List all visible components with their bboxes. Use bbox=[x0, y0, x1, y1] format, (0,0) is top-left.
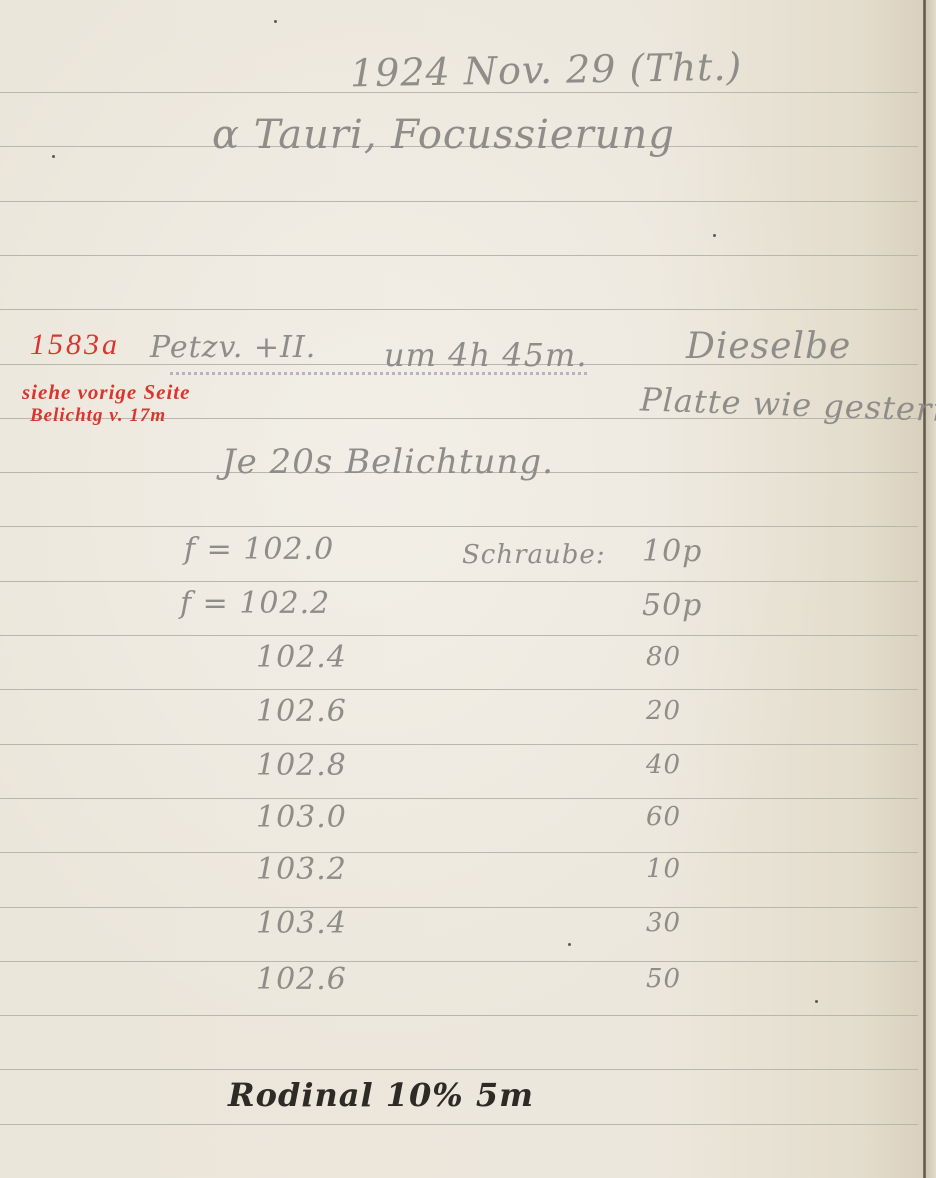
margin-note-line2: Belichtg v. 17m bbox=[30, 405, 166, 427]
ruled-line bbox=[0, 309, 918, 310]
paper-speck bbox=[713, 234, 716, 237]
margin-note-line1: siehe vorige Seite bbox=[22, 380, 190, 405]
focus-value: f = 102.2 bbox=[180, 586, 330, 621]
screw-reading: 50p bbox=[642, 588, 702, 623]
remark-line1: Dieselbe bbox=[686, 326, 851, 367]
ruled-line bbox=[0, 744, 918, 745]
subject-line: α Tauri, Focussierung bbox=[212, 112, 675, 158]
screw-reading: 20 bbox=[646, 696, 681, 726]
instrument-label: Petzv. +II. bbox=[150, 330, 316, 365]
paper-speck bbox=[568, 943, 571, 946]
focus-value: 103.0 bbox=[256, 800, 347, 835]
ruled-line bbox=[0, 255, 918, 256]
ruled-line bbox=[0, 1124, 918, 1125]
screw-reading: 40 bbox=[646, 750, 681, 780]
time-label: um 4h 45m. bbox=[384, 336, 588, 374]
ruled-line bbox=[0, 798, 918, 799]
screw-reading: 50 bbox=[646, 964, 681, 994]
focus-value: 103.4 bbox=[256, 906, 347, 941]
ruled-line bbox=[0, 526, 918, 527]
screw-reading: 80 bbox=[646, 642, 681, 672]
paper-speck bbox=[815, 1000, 818, 1003]
screw-reading: 10p bbox=[642, 534, 702, 569]
paper-speck bbox=[274, 20, 277, 23]
focus-value: f = 102.0 bbox=[184, 532, 334, 567]
focus-value: 102.4 bbox=[256, 640, 347, 675]
screw-reading: 10 bbox=[646, 854, 681, 884]
ruled-line bbox=[0, 1069, 918, 1070]
developer-note: Rodinal 10% 5m bbox=[228, 1076, 534, 1114]
plate-number: 1583a bbox=[30, 328, 120, 362]
ruled-line bbox=[0, 961, 918, 962]
ruled-line bbox=[0, 581, 918, 582]
ruled-line bbox=[0, 635, 918, 636]
page-binding-edge bbox=[923, 0, 926, 1178]
screw-column-label: Schraube: bbox=[462, 540, 606, 570]
ruled-line bbox=[0, 907, 918, 908]
screw-reading: 60 bbox=[646, 802, 681, 832]
date-line: 1924 Nov. 29 (Tht.) bbox=[350, 45, 743, 96]
screw-reading: 30 bbox=[646, 908, 681, 938]
ruled-line bbox=[0, 1015, 918, 1016]
ruled-line bbox=[0, 852, 918, 853]
remark-line2: Platte wie gestern. bbox=[639, 380, 936, 429]
notebook-page: 1924 Nov. 29 (Tht.) α Tauri, Focussierun… bbox=[0, 0, 936, 1178]
paper-speck bbox=[52, 155, 55, 158]
focus-value: 102.8 bbox=[256, 748, 347, 783]
focus-value: 102.6 bbox=[256, 694, 347, 729]
focus-value: 103.2 bbox=[256, 852, 347, 887]
exposure-note: Je 20s Belichtung. bbox=[222, 442, 554, 482]
binding-shadow bbox=[926, 0, 936, 1178]
ruled-line bbox=[0, 689, 918, 690]
ruled-line bbox=[0, 201, 918, 202]
focus-value: 102.6 bbox=[256, 962, 347, 997]
